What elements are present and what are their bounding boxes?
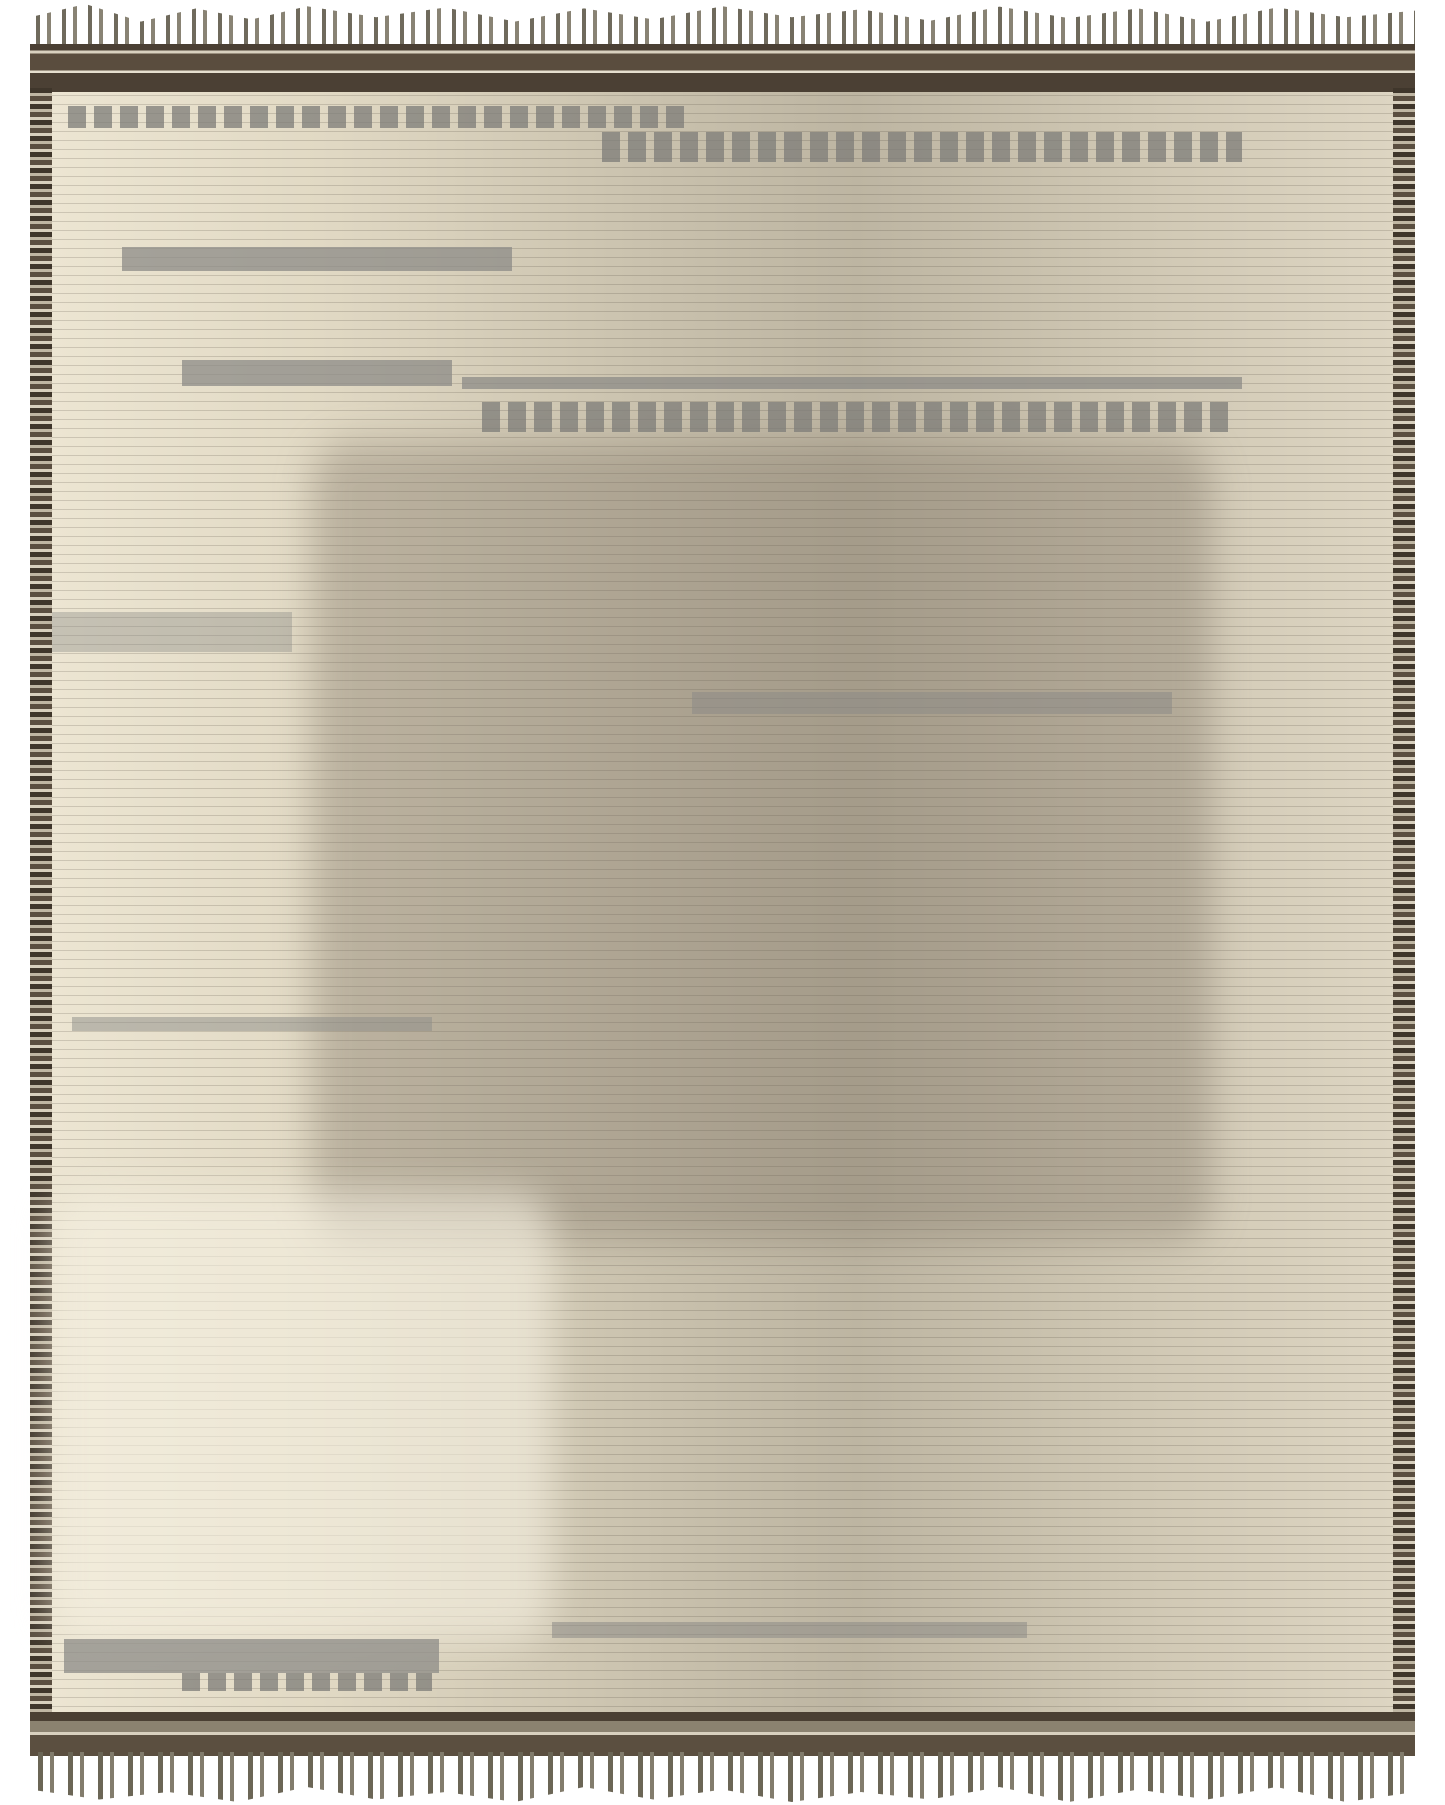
- motif-bar-1: [122, 247, 512, 271]
- motif-bar-6: [552, 1622, 1027, 1638]
- top-woven-band: [30, 44, 1415, 92]
- bottom-woven-band: [30, 1712, 1415, 1756]
- dark-abrash-area: [312, 442, 1212, 1242]
- rug-field: [52, 92, 1393, 1712]
- light-abrash-area: [52, 1192, 552, 1642]
- motif-bottom-left-bar: [64, 1639, 439, 1673]
- motif-left-patch: [52, 612, 292, 652]
- top-fringe: [30, 4, 1415, 48]
- left-striped-border: [30, 88, 52, 1716]
- motif-bar-2: [182, 360, 452, 386]
- motif-top-right-comb: [602, 132, 1242, 162]
- motif-bar-5: [72, 1017, 432, 1031]
- motif-top-left-comb: [68, 106, 688, 128]
- motif-bar-3: [462, 377, 1242, 389]
- bottom-fringe: [30, 1752, 1415, 1802]
- motif-bottom-left-comb: [182, 1673, 432, 1691]
- motif-bar-4: [692, 692, 1172, 714]
- right-striped-border: [1393, 88, 1415, 1716]
- motif-comb-mid: [482, 402, 1232, 432]
